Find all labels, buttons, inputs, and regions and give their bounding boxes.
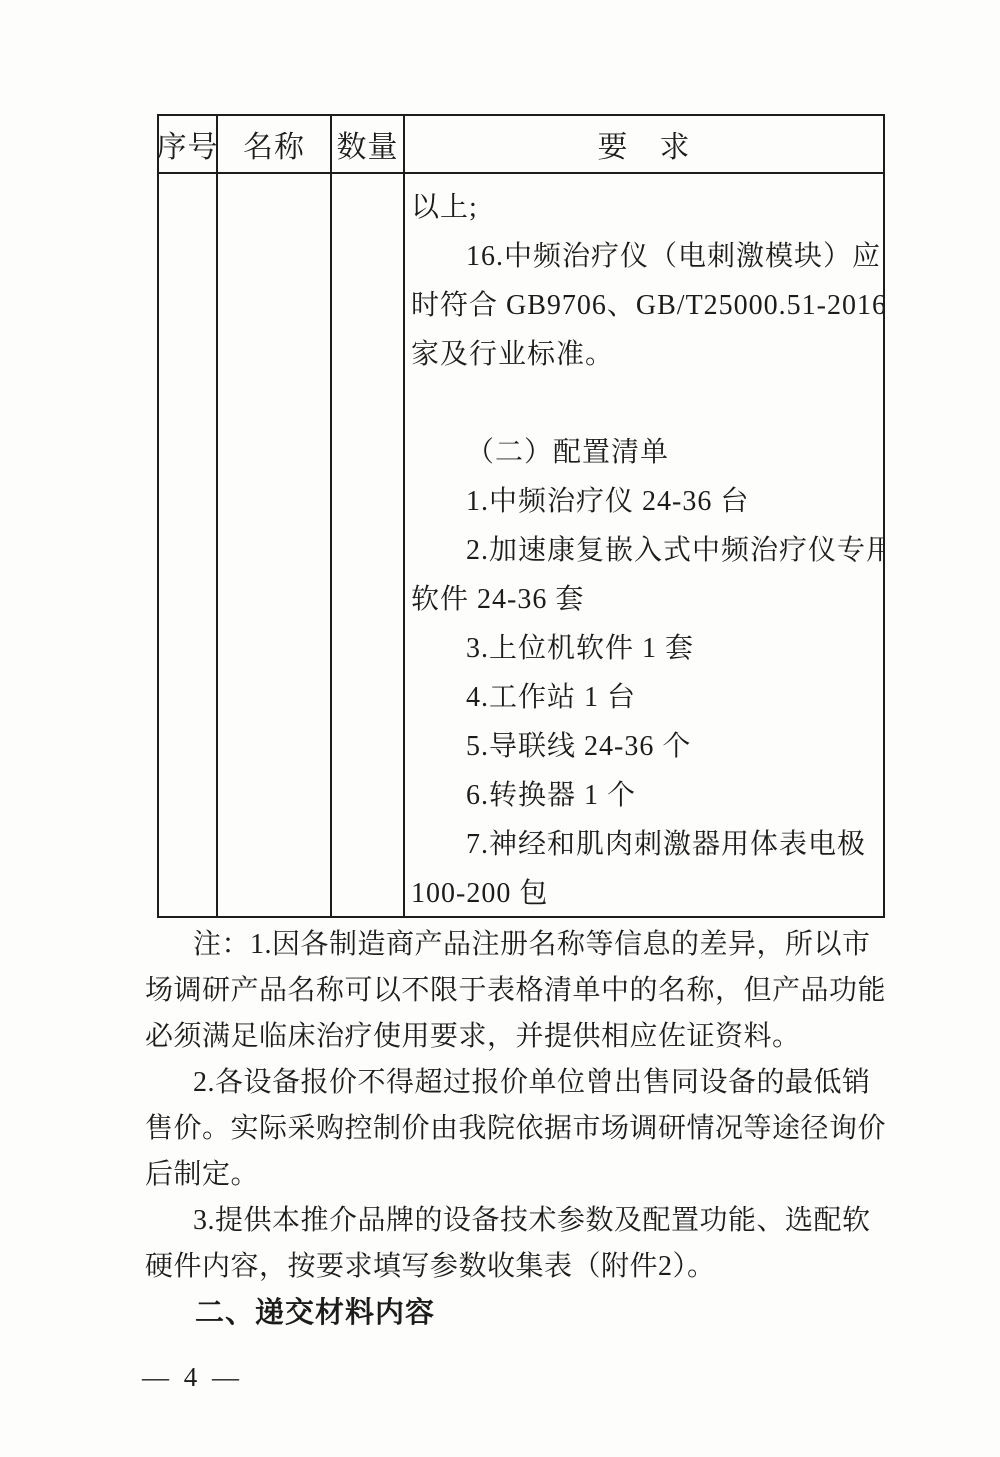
note-line: 注：1.因各制造商产品注册名称等信息的差异，所以市	[145, 922, 885, 968]
note-line: 场调研产品名称可以不限于表格清单中的名称，但产品功能	[145, 968, 885, 1014]
col-header-name: 名称	[218, 116, 332, 174]
requirement-line-blank	[411, 379, 879, 428]
name-cell	[218, 174, 332, 916]
requirement-line: 2.加速康复嵌入式中频治疗仪专用	[411, 526, 879, 575]
requirement-line: 6.转换器 1 个	[411, 771, 879, 820]
qty-cell	[332, 174, 405, 916]
requirement-line: 时符合 GB9706、GB/T25000.51-2016 国	[411, 281, 879, 330]
note-line: 售价。实际采购控制价由我院依据市场调研情况等途径询价	[145, 1106, 885, 1152]
note-line: 必须满足临床治疗使用要求，并提供相应佐证资料。	[145, 1014, 885, 1060]
requirement-line: 3.上位机软件 1 套	[411, 624, 879, 673]
requirement-cell: 以上; 16.中频治疗仪（电刺激模块）应同 时符合 GB9706、GB/T250…	[405, 174, 883, 916]
requirement-line: 100-200 包	[411, 869, 879, 916]
document-page: 序号 名称 数量 要 求 以上; 16.中频治疗仪（电刺激模块）应同 时符合 G…	[0, 0, 1000, 1457]
note-line: 硬件内容，按要求填写参数收集表（附件2）。	[145, 1244, 885, 1290]
note-line: 后制定。	[145, 1152, 885, 1198]
requirement-line: 软件 24-36 套	[411, 575, 879, 624]
requirement-line: 1.中频治疗仪 24-36 台	[411, 477, 879, 526]
note-line: 2.各设备报价不得超过报价单位曾出售同设备的最低销	[145, 1060, 885, 1106]
requirement-line: 以上;	[411, 183, 879, 232]
requirement-line: 家及行业标准。	[411, 330, 879, 379]
page-number: — 4 —	[142, 1362, 243, 1393]
requirement-line: 7.神经和肌肉刺激器用体表电极	[411, 820, 879, 869]
requirement-line: （二）配置清单	[411, 428, 879, 477]
col-header-requirement: 要 求	[405, 116, 883, 174]
notes-section: 注：1.因各制造商产品注册名称等信息的差异，所以市 场调研产品名称可以不限于表格…	[145, 922, 885, 1337]
section-heading: 二、递交材料内容	[145, 1290, 885, 1337]
spec-table: 序号 名称 数量 要 求 以上; 16.中频治疗仪（电刺激模块）应同 时符合 G…	[157, 114, 885, 918]
seq-cell	[159, 174, 218, 916]
requirement-line: 5.导联线 24-36 个	[411, 722, 879, 771]
requirement-line: 4.工作站 1 台	[411, 673, 879, 722]
col-header-qty: 数量	[332, 116, 405, 174]
col-header-seq: 序号	[159, 116, 218, 174]
note-line: 3.提供本推介品牌的设备技术参数及配置功能、选配软	[145, 1198, 885, 1244]
requirement-line: 16.中频治疗仪（电刺激模块）应同	[411, 232, 879, 281]
